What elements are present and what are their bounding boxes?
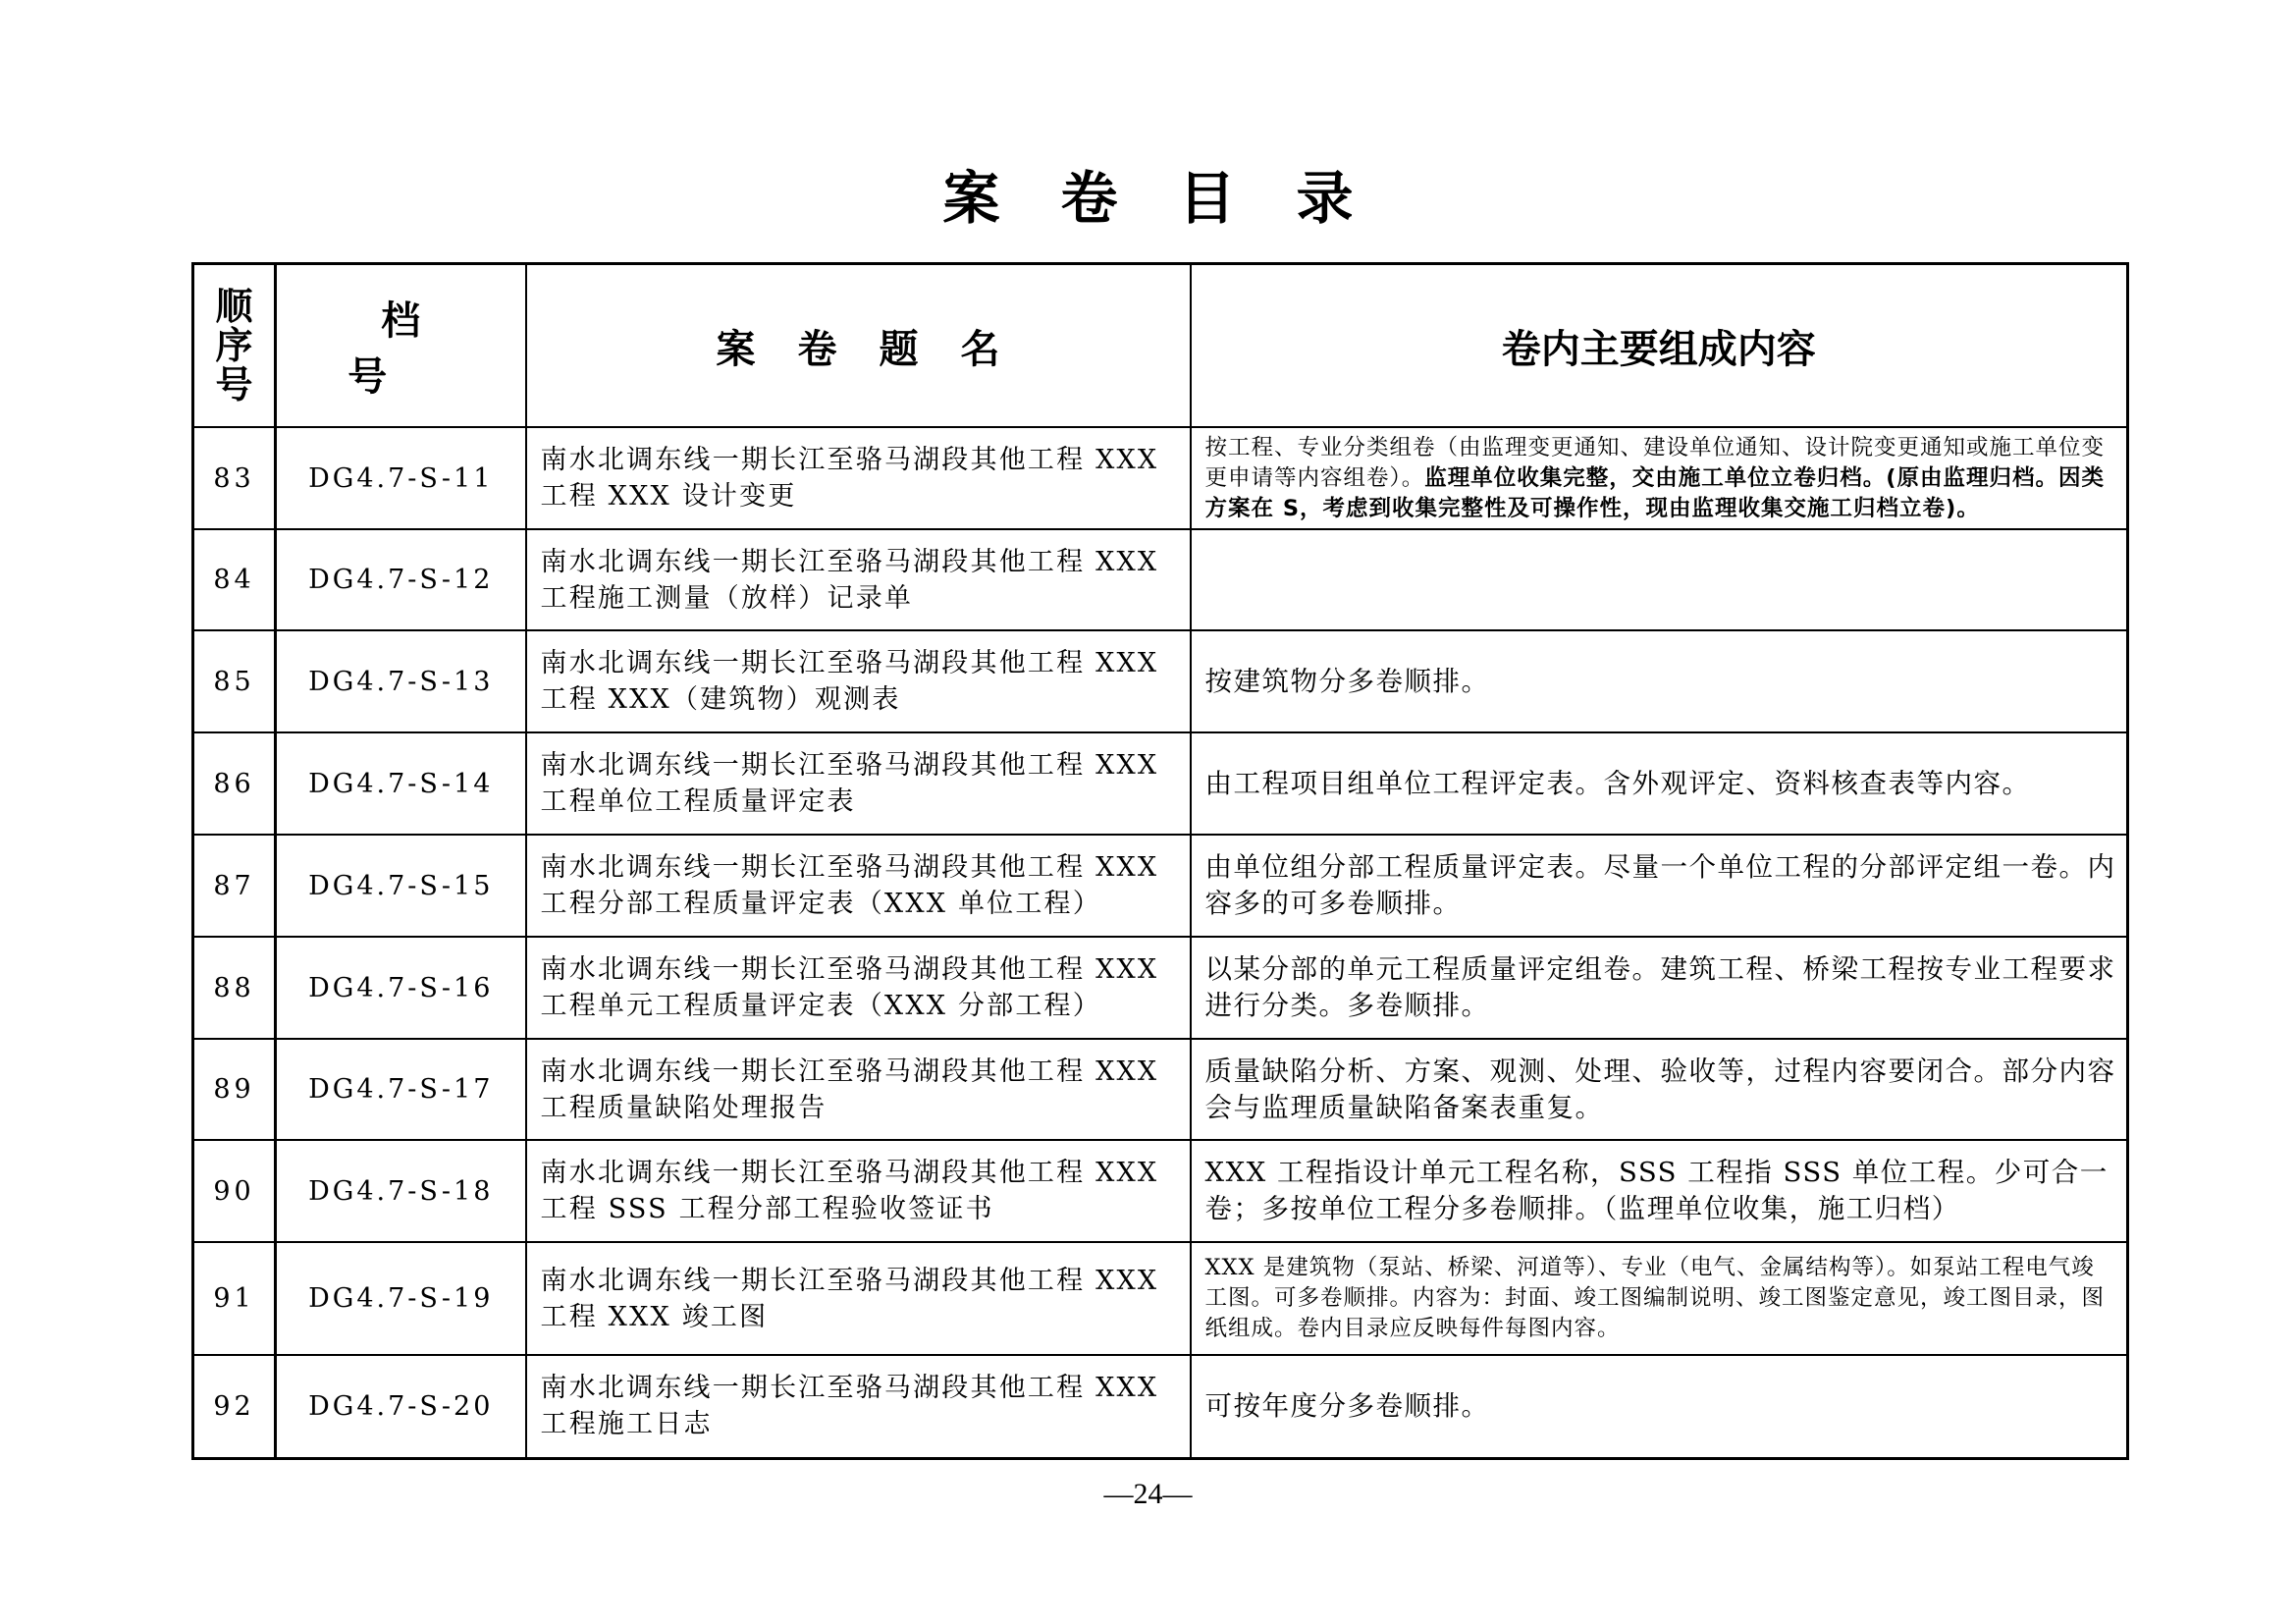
cell-seq: 83 xyxy=(193,427,276,529)
cell-main-content: 由工程项目组单位工程评定表。含外观评定、资料核查表等内容。 xyxy=(1191,732,2128,835)
table-row: 86 DG4.7-S-14 南水北调东线一期长江至骆马湖段其他工程 XXX 工程… xyxy=(193,732,2128,835)
header-main-content: 卷内主要组成内容 xyxy=(1191,264,2128,428)
table-row: 88 DG4.7-S-16 南水北调东线一期长江至骆马湖段其他工程 XXX 工程… xyxy=(193,937,2128,1039)
cell-archive-no: DG4.7-S-17 xyxy=(276,1039,526,1140)
table-row: 84 DG4.7-S-12 南水北调东线一期长江至骆马湖段其他工程 XXX 工程… xyxy=(193,529,2128,630)
cell-seq: 85 xyxy=(193,630,276,732)
cell-archive-no: DG4.7-S-20 xyxy=(276,1355,526,1458)
cell-seq: 87 xyxy=(193,835,276,937)
cell-main-content: 可按年度分多卷顺排。 xyxy=(1191,1355,2128,1458)
cell-archive-no: DG4.7-S-14 xyxy=(276,732,526,835)
cell-main-content: 以某分部的单元工程质量评定组卷。建筑工程、桥梁工程按专业工程要求进行分类。多卷顺… xyxy=(1191,937,2128,1039)
page-title: 案卷目录 xyxy=(0,157,2296,240)
cell-main-content: 由单位组分部工程质量评定表。尽量一个单位工程的分部评定组一卷。内容多的可多卷顺排… xyxy=(1191,835,2128,937)
header-seq: 顺 序 号 xyxy=(193,264,276,428)
cell-volume-title: 南水北调东线一期长江至骆马湖段其他工程 XXX 工程施工测量（放样）记录单 xyxy=(526,529,1191,630)
cell-main-content: XXX 工程指设计单元工程名称，SSS 工程指 SSS 单位工程。少可合一卷；多… xyxy=(1191,1140,2128,1242)
cell-main-content: 质量缺陷分析、方案、观测、处理、验收等，过程内容要闭合。部分内容会与监理质量缺陷… xyxy=(1191,1039,2128,1140)
page-number: —24— xyxy=(0,1478,2296,1511)
cell-archive-no: DG4.7-S-16 xyxy=(276,937,526,1039)
table-row: 83 DG4.7-S-11 南水北调东线一期长江至骆马湖段其他工程 XXX 工程… xyxy=(193,427,2128,529)
cell-volume-title: 南水北调东线一期长江至骆马湖段其他工程 XXX 工程 XXX（建筑物）观测表 xyxy=(526,630,1191,732)
table-row: 87 DG4.7-S-15 南水北调东线一期长江至骆马湖段其他工程 XXX 工程… xyxy=(193,835,2128,937)
cell-seq: 89 xyxy=(193,1039,276,1140)
cell-archive-no: DG4.7-S-19 xyxy=(276,1242,526,1355)
header-seq-char: 顺 xyxy=(200,287,268,326)
cell-volume-title: 南水北调东线一期长江至骆马湖段其他工程 XXX 工程 XXX 设计变更 xyxy=(526,427,1191,529)
cell-volume-title: 南水北调东线一期长江至骆马湖段其他工程 XXX 工程单位工程质量评定表 xyxy=(526,732,1191,835)
table-header-row: 顺 序 号 档号 案卷题名 卷内主要组成内容 xyxy=(193,264,2128,428)
cell-main-content xyxy=(1191,529,2128,630)
archive-catalog-table-container: 顺 序 号 档号 案卷题名 卷内主要组成内容 83 DG4.7-S-11 南水北… xyxy=(191,262,2126,1460)
cell-archive-no: DG4.7-S-15 xyxy=(276,835,526,937)
table-row: 91 DG4.7-S-19 南水北调东线一期长江至骆马湖段其他工程 XXX 工程… xyxy=(193,1242,2128,1355)
header-seq-char: 号 xyxy=(200,365,268,405)
cell-volume-title: 南水北调东线一期长江至骆马湖段其他工程 XXX 工程施工日志 xyxy=(526,1355,1191,1458)
cell-volume-title: 南水北调东线一期长江至骆马湖段其他工程 XXX 工程 SSS 工程分部工程验收签… xyxy=(526,1140,1191,1242)
cell-seq: 91 xyxy=(193,1242,276,1355)
cell-seq: 92 xyxy=(193,1355,276,1458)
header-archive-no: 档号 xyxy=(276,264,526,428)
table-row: 90 DG4.7-S-18 南水北调东线一期长江至骆马湖段其他工程 XXX 工程… xyxy=(193,1140,2128,1242)
cell-seq: 88 xyxy=(193,937,276,1039)
cell-archive-no: DG4.7-S-18 xyxy=(276,1140,526,1242)
cell-main-content: 按建筑物分多卷顺排。 xyxy=(1191,630,2128,732)
cell-seq: 84 xyxy=(193,529,276,630)
cell-volume-title: 南水北调东线一期长江至骆马湖段其他工程 XXX 工程质量缺陷处理报告 xyxy=(526,1039,1191,1140)
cell-seq: 90 xyxy=(193,1140,276,1242)
cell-seq: 86 xyxy=(193,732,276,835)
cell-volume-title: 南水北调东线一期长江至骆马湖段其他工程 XXX 工程单元工程质量评定表（XXX … xyxy=(526,937,1191,1039)
header-seq-char: 序 xyxy=(200,326,268,365)
cell-main-content: XXX 是建筑物（泵站、桥梁、河道等）、专业（电气、金属结构等）。如泵站工程电气… xyxy=(1191,1242,2128,1355)
table-row: 92 DG4.7-S-20 南水北调东线一期长江至骆马湖段其他工程 XXX 工程… xyxy=(193,1355,2128,1458)
cell-volume-title: 南水北调东线一期长江至骆马湖段其他工程 XXX 工程分部工程质量评定表（XXX … xyxy=(526,835,1191,937)
cell-archive-no: DG4.7-S-11 xyxy=(276,427,526,529)
table-row: 89 DG4.7-S-17 南水北调东线一期长江至骆马湖段其他工程 XXX 工程… xyxy=(193,1039,2128,1140)
header-volume-title: 案卷题名 xyxy=(526,264,1191,428)
cell-archive-no: DG4.7-S-12 xyxy=(276,529,526,630)
cell-archive-no: DG4.7-S-13 xyxy=(276,630,526,732)
cell-volume-title: 南水北调东线一期长江至骆马湖段其他工程 XXX 工程 XXX 竣工图 xyxy=(526,1242,1191,1355)
archive-catalog-table: 顺 序 号 档号 案卷题名 卷内主要组成内容 83 DG4.7-S-11 南水北… xyxy=(191,262,2129,1460)
table-row: 85 DG4.7-S-13 南水北调东线一期长江至骆马湖段其他工程 XXX 工程… xyxy=(193,630,2128,732)
cell-main-content: 按工程、专业分类组卷（由监理变更通知、建设单位通知、设计院变更通知或施工单位变更… xyxy=(1191,427,2128,529)
